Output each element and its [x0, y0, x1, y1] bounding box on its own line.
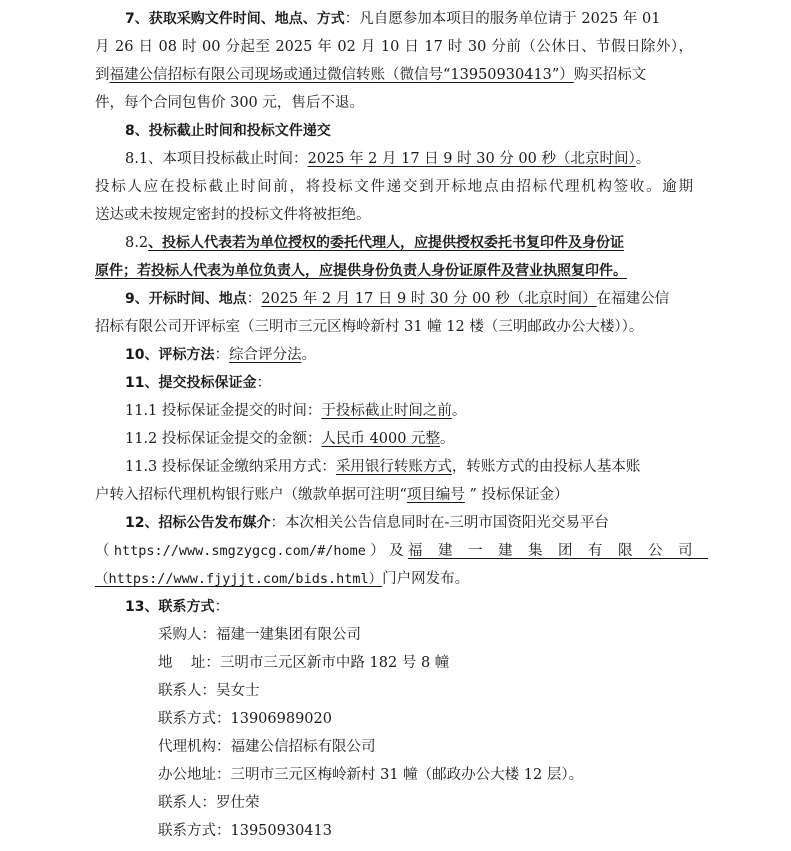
contact-agency-phone: 联系方式：13950930413 [158, 817, 693, 845]
section9-heading: 9、开标时间、地点 [125, 291, 247, 307]
contact-purchaser-person: 联系人：吴女士 [158, 677, 693, 705]
contact-agency-address: 办公地址：三明市三元区梅岭新村 31 幢（邮政办公大楼 12 层）。 [158, 761, 693, 789]
section11-3-line2: 户转入招标代理机构银行账户（缴款单据可注明“项目编号 ” 投标保证金） [95, 481, 693, 509]
section8-1-line2: 投标人应在投标截止时间前，将投标文件递交到开标地点由招标代理机构签收。逾期 [95, 173, 693, 201]
section13-heading-line: 13、联系方式： [125, 593, 693, 621]
section7-line2: 月 26 日 08 时 00 分起至 2025 年 02 月 10 日 17 时… [95, 33, 693, 61]
section11-1-line: 11.1 投标保证金提交的时间：于投标截止时间之前。 [125, 397, 693, 425]
contact-agency-person: 联系人：罗仕荣 [158, 789, 693, 817]
contact-purchaser-address: 地 址：三明市三元区新市中路 182 号 8 幢 [158, 649, 693, 677]
section7-heading: 7、获取采购文件时间、地点、方式 [125, 11, 345, 27]
section9-line2: 招标有限公司开评标室（三明市三元区梅岭新村 31 幢 12 楼（三明邮政办公大楼… [95, 313, 693, 341]
section13-heading: 13、联系方式 [125, 599, 214, 615]
section11-3-line1: 11.3 投标保证金缴纳采用方式：采用银行转账方式，转账方式的由投标人基本账 [125, 453, 693, 481]
opening-time: 2025 年 2 月 17 日 9 时 30 分 00 秒（北京时间） [261, 291, 596, 307]
section12-line1: 12、招标公告发布媒介：本次相关公告信息同时在-三明市国资阳光交易平台 [125, 509, 693, 537]
contact-purchaser: 采购人：福建一建集团有限公司 [158, 621, 693, 649]
purchase-method-underlined: 福建公信招标有限公司现场或通过微信转账（微信号“13950930413”） [110, 67, 574, 83]
company-name-link: 福建一建集团有限公司 [408, 537, 708, 565]
company-url-link[interactable]: （https://www.fjyjjt.com/bids.html） [95, 571, 382, 587]
document-page: 7、获取采购文件时间、地点、方式：凡自愿参加本项目的服务单位请于 2025 年 … [0, 0, 791, 851]
section7-text: 凡自愿参加本项目的服务单位请于 2025 年 01 [359, 11, 660, 27]
section8-1-line1: 8.1、本项目投标截止时间：2025 年 2 月 17 日 9 时 30 分 0… [125, 145, 693, 173]
bid-deadline: 2025 年 2 月 17 日 9 时 30 分 00 秒（北京时间） [308, 151, 636, 167]
contact-agency: 代理机构：福建公信招标有限公司 [158, 733, 693, 761]
representative-requirement: 、投标人代表若为单位授权的委托代理人，应提供授权委托书复印件及身份证 [148, 235, 624, 251]
section12-line3: （https://www.fjyjjt.com/bids.html）门户网发布。 [95, 565, 693, 593]
section7-line4: 件，每个合同包售价 300 元，售后不退。 [95, 89, 693, 117]
section9-line1: 9、开标时间、地点：2025 年 2 月 17 日 9 时 30 分 00 秒（… [125, 285, 693, 313]
section11-heading: 11、提交投标保证金 [125, 375, 256, 391]
section7-line1: 7、获取采购文件时间、地点、方式：凡自愿参加本项目的服务单位请于 2025 年 … [125, 5, 693, 33]
section7-line3: 到福建公信招标有限公司现场或通过微信转账（微信号“13950930413”）购买… [95, 61, 693, 89]
deposit-amount: 人民币 4000 元整 [321, 431, 440, 447]
deposit-method: 采用银行转账方式 [336, 459, 452, 475]
section10-line: 10、评标方法：综合评分法。 [125, 341, 693, 369]
deposit-time: 于投标截止时间之前 [321, 403, 452, 419]
section11-heading-line: 11、提交投标保证金： [125, 369, 693, 397]
platform-url-link[interactable]: https://www.smgzygcg.com/#/home [114, 537, 366, 565]
evaluation-method: 综合评分法 [229, 347, 302, 363]
section8-1-line3: 送达或未按规定密封的投标文件将被拒绝。 [95, 201, 693, 229]
section11-2-line: 11.2 投标保证金提交的金额：人民币 4000 元整。 [125, 425, 693, 453]
section12-line2: （ https://www.smgzygcg.com/#/home ） 及 福建… [95, 537, 693, 565]
section10-heading: 10、评标方法 [125, 347, 214, 363]
contact-purchaser-phone: 联系方式：13906989020 [158, 705, 693, 733]
section12-heading: 12、招标公告发布媒介 [125, 515, 270, 531]
section8-2-line2: 原件；若投标人代表为单位负责人，应提供身份负责人身份证原件及营业执照复印件。 [95, 257, 693, 285]
project-number-note: 项目编号 [407, 487, 465, 503]
section8-heading: 8、投标截止时间和投标文件递交 [125, 117, 693, 145]
section8-2-line1: 8.2、投标人代表若为单位授权的委托代理人，应提供授权委托书复印件及身份证 [125, 229, 693, 257]
